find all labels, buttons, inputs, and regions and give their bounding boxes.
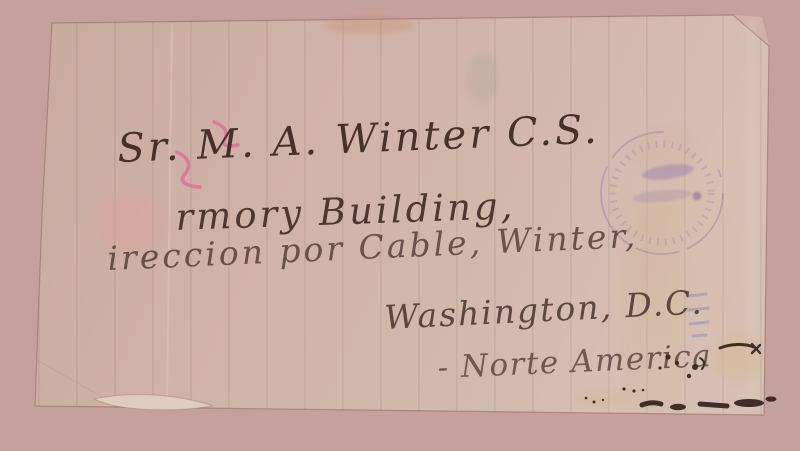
photo-of-envelope: Sr. M. A. Winter C.S. rmory Building, ir… (0, 0, 800, 451)
envelope-illustration: Sr. M. A. Winter C.S. rmory Building, ir… (0, 0, 800, 451)
